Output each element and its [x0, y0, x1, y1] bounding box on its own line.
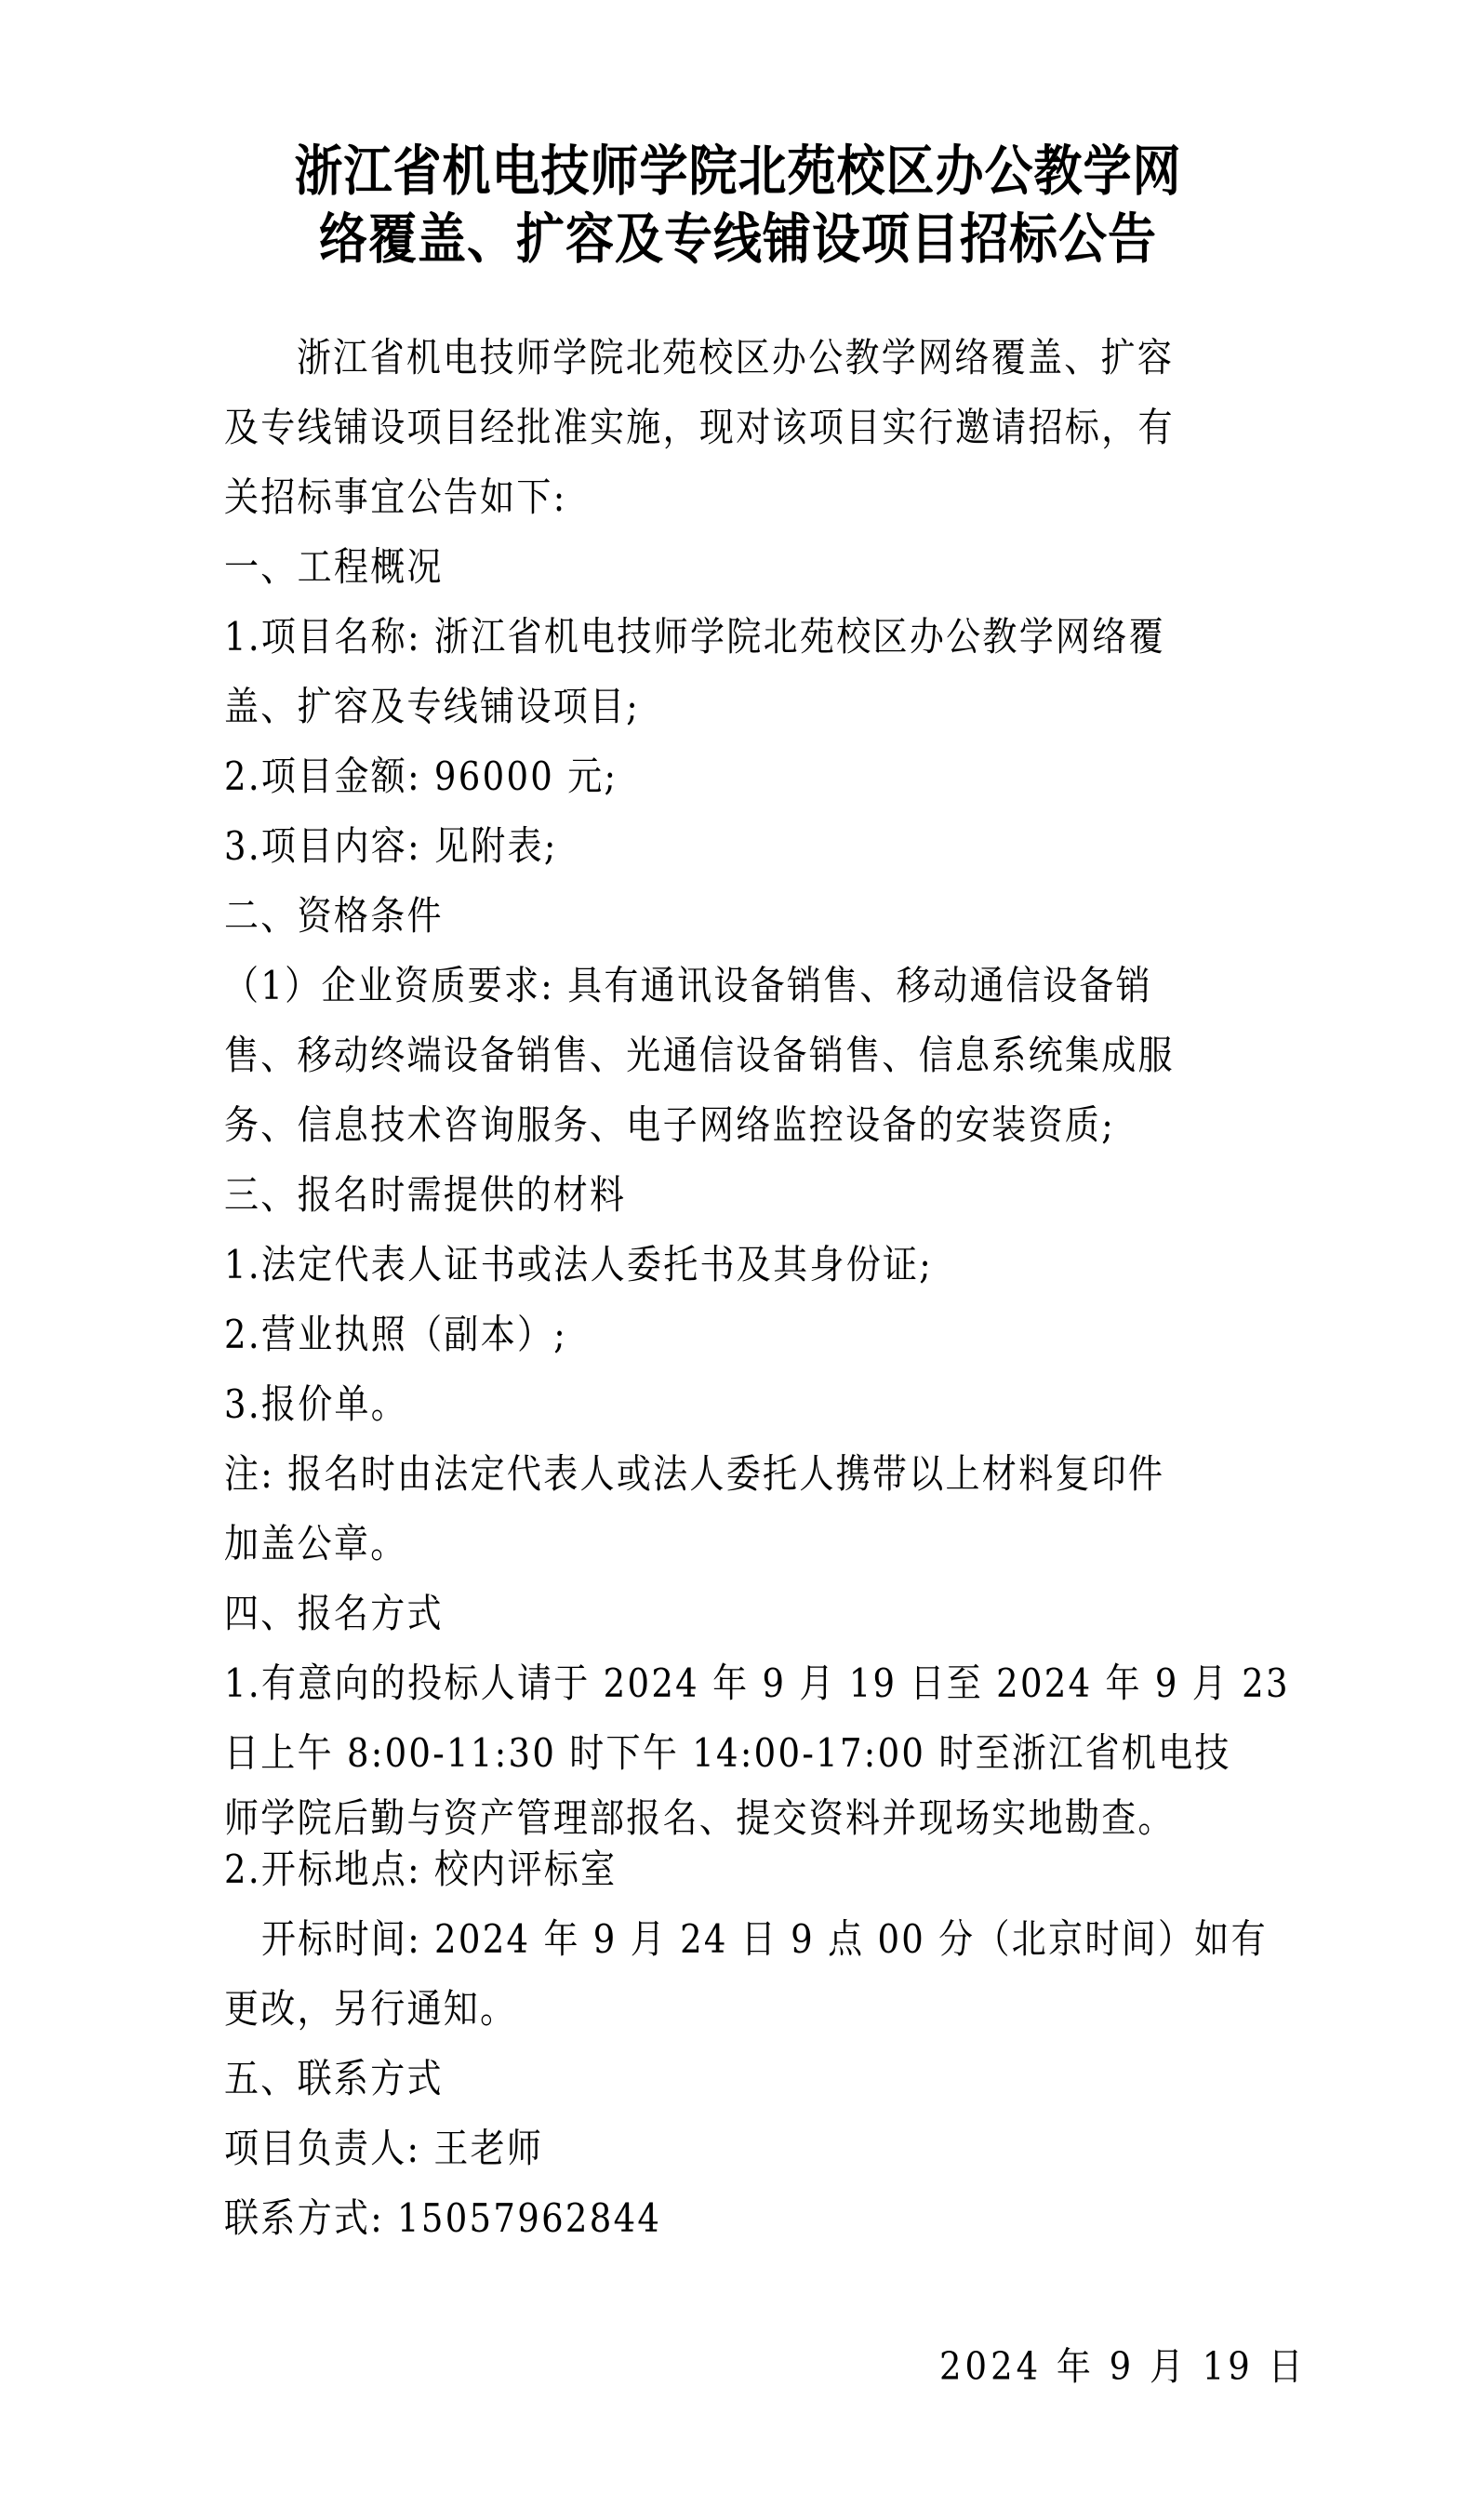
material-item-1: 1.法定代表人证书或法人委托书及其身份证;: [224, 1238, 1253, 1292]
bid-opening-time-line-1: 开标时间: 2024 年 9 月 24 日 9 点 00 分（北京时间）如有: [224, 1913, 1253, 1967]
section-heading-materials: 三、报名时需提供的材料: [224, 1168, 1253, 1222]
material-note-line-2: 加盖公章。: [224, 1517, 1253, 1571]
material-item-2: 2.营业执照（副本）;: [224, 1308, 1253, 1362]
registration-line-3: 师学院后勤与资产管理部报名、提交资料并现场实地勘查。: [224, 1792, 1253, 1846]
contact-person: 项目负责人: 王老师: [224, 2122, 1253, 2176]
document-date: 2024 年 9 月 19 日: [939, 2342, 1256, 2393]
project-content: 3.项目内容: 见附表;: [224, 820, 1253, 873]
project-name-line-1: 1.项目名称: 浙江省机电技师学院北苑校区办公教学网络覆: [224, 610, 1253, 664]
section-heading-contact: 五、联系方式: [224, 2052, 1253, 2106]
section-heading-overview: 一、工程概况: [224, 540, 1253, 594]
registration-line-1: 1.有意向的投标人请于 2024 年 9 月 19 日至 2024 年 9 月 …: [224, 1657, 1253, 1711]
intro-line-3: 关招标事宜公告如下:: [224, 471, 1253, 525]
document-page: 浙江省机电技师学院北苑校区办公教学网 络覆盖、扩容及专线铺设项目招标公告 浙江省…: [0, 0, 1476, 2520]
material-note-line-1: 注: 报名时由法定代表人或法人委托人携带以上材料复印件: [224, 1447, 1253, 1501]
qualification-line-3: 务、信息技术咨询服务、电子网络监控设备的安装资质;: [224, 1099, 1253, 1153]
registration-line-2: 日上午 8:00-11:30 时下午 14:00-17:00 时至浙江省机电技: [224, 1727, 1253, 1780]
document-title-line-2: 络覆盖、扩容及专线铺设项目招标公告: [223, 207, 1253, 273]
qualification-line-2: 售、移动终端设备销售、光通信设备销售、信息系统集成服: [224, 1029, 1253, 1083]
bid-opening-location: 2.开标地点: 校内评标室: [224, 1843, 1253, 1897]
project-name-line-2: 盖、扩容及专线铺设项目;: [224, 680, 1253, 734]
qualification-line-1: （1）企业资质要求: 具有通讯设备销售、移动通信设备销: [224, 959, 1253, 1013]
section-heading-registration: 四、报名方式: [224, 1587, 1253, 1641]
document-title-line-1: 浙江省机电技师学院北苑校区办公教学网: [223, 139, 1253, 206]
project-amount: 2.项目金额: 96000 元;: [224, 750, 1253, 804]
section-heading-qualifications: 二、资格条件: [224, 889, 1253, 943]
material-item-3: 3.报价单。: [224, 1378, 1253, 1432]
bid-opening-time-line-2: 更改，另行通知。: [224, 1982, 1253, 2036]
contact-phone: 联系方式: 15057962844: [224, 2192, 1253, 2246]
intro-line-1: 浙江省机电技师学院北苑校区办公教学网络覆盖、扩容: [224, 331, 1253, 385]
intro-line-2: 及专线铺设项目经批准实施，现对该项目实行邀请招标，有: [224, 401, 1253, 455]
